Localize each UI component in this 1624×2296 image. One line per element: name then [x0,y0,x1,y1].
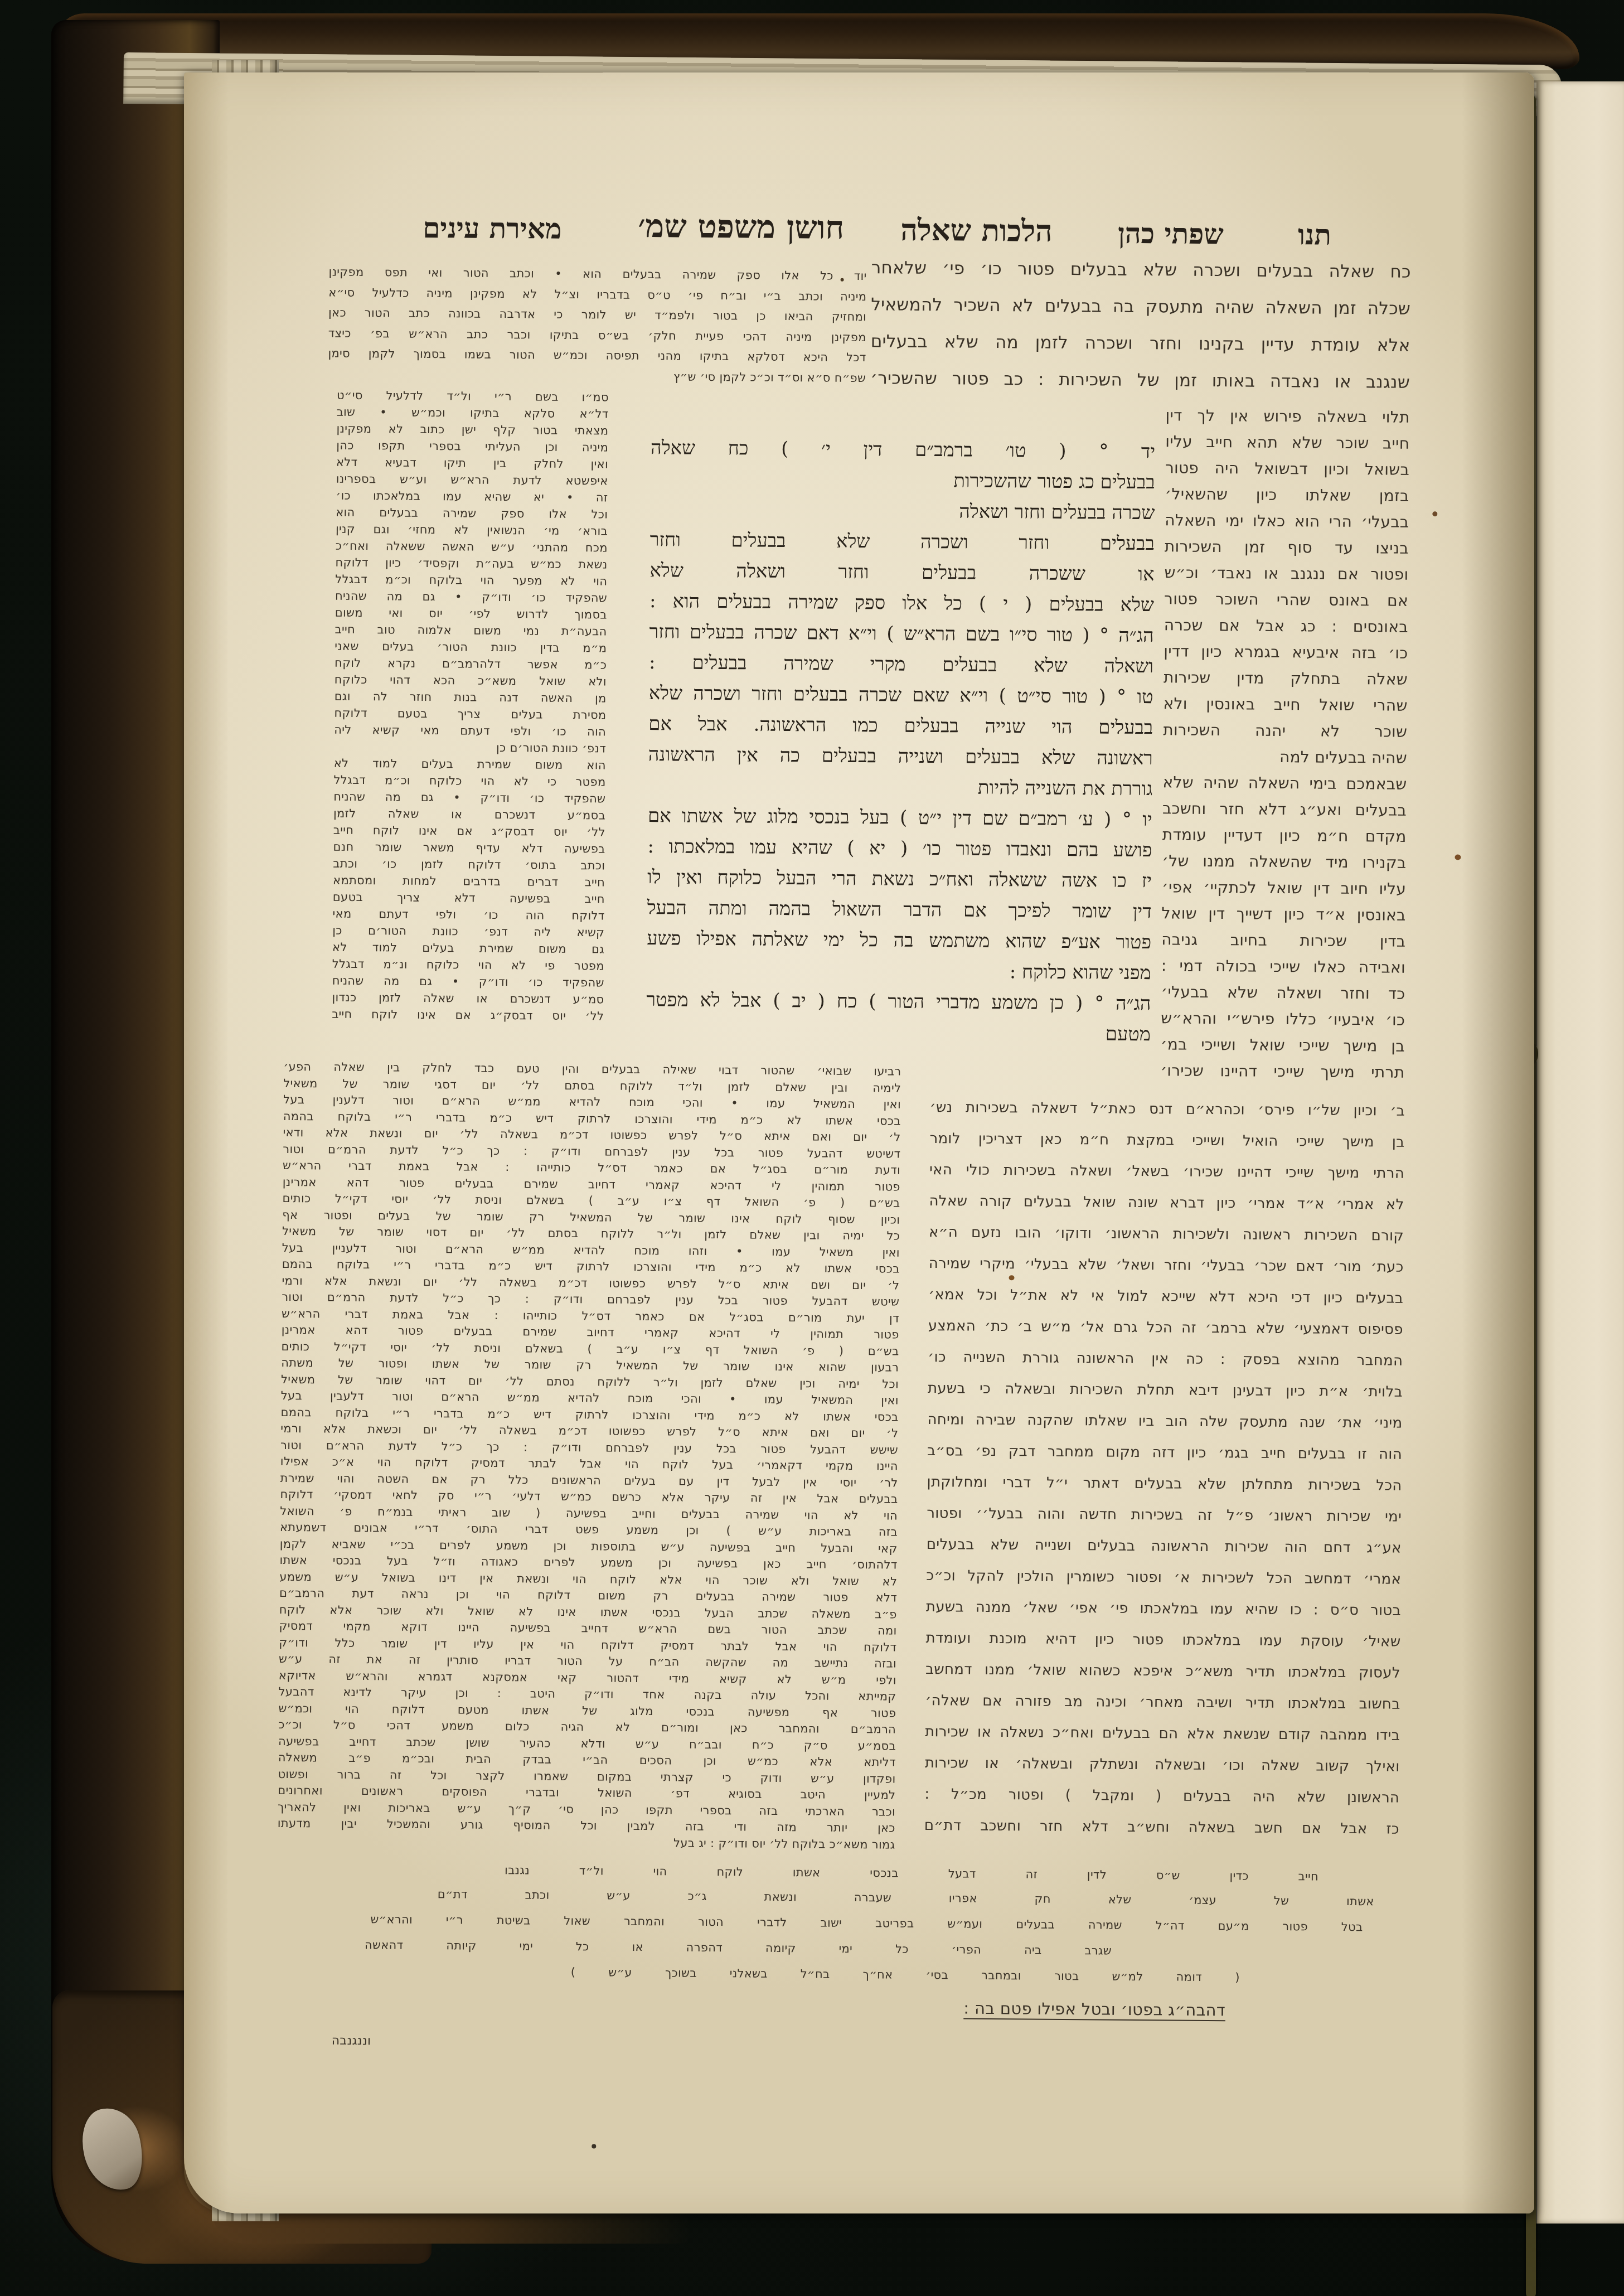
text-line: דין שומר לפיכך אם הדבר השאול בהמה ומתה ה… [647,893,1152,927]
text-line: בבעלים הוי שנייה בבעלים כמו הראשונה. אבל… [648,709,1153,743]
foxing-speck [1455,854,1461,860]
text-line: דלוקח הוה כו׳ ולפי דעתם מאי [333,905,605,924]
text-line: בבעלים כג פטור שהשכירות [651,463,1155,498]
text-line: סמ״ע דנשכרם או שאלה לזמן כנדון [332,989,604,1008]
text-line: כז אבל אם חשב בשאלה וחש״ב דלא חזר וחשכב … [924,1810,1399,1845]
text-line: יד ° ( טו׳ ברמב״ם דין י׳ ) כח שאלה [651,433,1155,467]
book-page: מאירת עינים חושן משפט שמ׳ הלכות שאלה שפת… [184,72,1534,2213]
text-line: בן מישך שייכי שואל ושייכי במ׳ [1161,1031,1405,1059]
text-line: הראשונן שלא היה בבעלים ( ומקבל ) ופטור מ… [924,1779,1399,1814]
text-line: איפשטא לדעת הרא״ש וע״ש בספרינו [336,471,608,490]
text-line: ושאלה שלא בבעלים מקרי שמירה בבעלים : [649,647,1153,682]
shulchan-aruch-text-column: יד ° ( טו׳ ברמב״ם דין י׳ ) כח שאלהבבעלים… [646,433,1156,1050]
text-line: אלא עומדת עדיין בקנינו וחזר ושכרה לזמן מ… [870,323,1410,364]
text-line: המחבר מהוצא בפסק : כה אין הראשונה גוררת … [928,1341,1403,1377]
text-line: ראשונה שלא בבעלים ושנייה בבעלים כה אין ה… [648,739,1153,774]
closing-parenthetical: ( דומה למ״ש בטור ובמחבר בסי׳ אח״ך בח״ל ב… [571,1965,1240,1984]
text-line: ולא שואל משא״כ הכא דהוי כלוקח [335,671,607,690]
text-line: כו׳ בזה איבעיא בגמרא כיון דדין [1164,638,1408,666]
text-line: מכח מהתני׳ ע״ש האשה ששאלה ואח״כ [336,537,608,556]
text-line: כד וחזר ושאלה שלא בבעלי׳ [1161,979,1405,1006]
header-right-commentary-title: שפתי כהן [1118,217,1224,250]
text-line: בבעלי׳ הרי הוא כאלו ימי השאלה [1165,507,1409,535]
text-line: בסמוך לדרוש לפי׳ יוס ואי משום [335,604,607,623]
text-line: מקדם ח״מ כיון דעדיין עומדת [1162,821,1407,849]
text-line: ואילך קשוב שאלה וכו׳ ובשאלה ונשתלק ובשאל… [924,1747,1399,1782]
text-line: דל״א סלקא בתיקו וכמ״ש • שוב [337,404,609,423]
shach-commentary-intro-block: כח שאלה בבעלים ושכרה שלא בבעלים פטור כו׳… [870,249,1411,401]
text-line: בטור ס״ס : כו שהיא עמו במלאכתו פי׳ אפי׳ … [926,1591,1401,1626]
text-line: בידו ממהבה קודם שנשאת אלא הם בבעלים ואח״… [925,1716,1400,1751]
foxing-speck [1432,511,1437,516]
text-line: באונסים : כג אבל אם שכרה [1164,612,1408,640]
text-line: ואבידה כאלו שייכי בכולה דמי : [1161,952,1405,980]
text-line: בן מישך שייכי הואיל ושייכי במקצת ח״מ כאן… [929,1123,1404,1158]
text-line: שהפקיד כו׳ ודו״ק • גם מה שהניח [333,788,605,807]
text-line: חייב דברים בדרבים למחות ומסתמא [333,872,605,891]
text-line: בבעלים וחזר ושכרה שלא בבעלים וחזר [650,525,1155,559]
ink-speck [841,278,844,282]
text-line: לל׳ יוס דבסק״ג אם אינו לוקח חייב [333,822,605,841]
text-line: בבעלים ואע״ג דלא חזר וחשכב [1162,795,1407,823]
sma-commentary-intro-block: יוד כל אלו ספק שמירה בבעלים הוא • וכתב ה… [328,262,867,389]
text-line: גם משום שמירת בעלים למוד לא [332,939,604,958]
shach-commentary-column: תלוי בשאלה פירוש אין לך דיןחייב שוכר שלא… [1160,402,1410,1085]
text-line: מפטר פי לא הוי כלוקח ונ״מ דבגלל [332,956,604,975]
header-book-title: חושן משפט שמ׳ [638,207,844,246]
text-line: הוא משום שמירת בעלים למוד לא [334,755,606,774]
header-folio-number: תנו [1298,218,1331,251]
text-line: בקנירו מיד שהשאלה ממנו של׳ [1162,847,1406,875]
text-line: או ששכרה בבעלים וחזר ושאלה שלא [649,555,1154,590]
text-line: תרתי מישך שייכי דהיינו שכירו׳ [1160,1057,1404,1085]
text-line: מסירת בעלים צריך בטעם דלוקח [334,705,606,724]
text-line: טו ° ( טור סי״ט ) וי״א שאם שכרה בבעלים ו… [649,678,1153,713]
sma-commentary-bottom-block: רביעו שבואי׳ שהטור דבוי שאילה בבעלים והי… [277,1059,901,1853]
text-line: בסמ״ע דנשכרם או שאלה לזמן [333,805,605,824]
book-scan-scene: מאירת עינים חושן משפט שמ׳ הלכות שאלה שפת… [0,0,1624,2296]
text-line: כעת׳ מור׳ דאם שכר׳ בבעלי׳ וחזר ושאל׳ שלא… [929,1248,1404,1283]
text-line: דכל היכא דסלקא בתיקו מהני תפיסה וכמ״ש הט… [328,343,866,368]
text-line: זה • יא שהיא עמו במלאכתו כו׳ [336,487,608,506]
text-line: שאלה בתחלק מדין שכירות [1164,664,1408,692]
text-line: וכתב בתוס׳ דלוקח לזמן כו׳ וכתב [333,855,605,874]
text-line: הבעה״ת נמי משום אלמוה טוב חייב [335,621,607,640]
text-line: קשיא ליה דנפ׳ כוונת הטור׳ם כן [332,922,604,941]
text-line: בשואל וכיון דבשואל היה פטור [1165,454,1409,482]
text-line: שהפקיד כו׳ ודו״ק • גם מה שהניח [335,588,607,607]
text-line: אם באונס שהרי השוכר פטור [1164,585,1408,613]
text-line: הג״ה ° ( טור סי״ו בשם הרא״ש ) וי״א דאם ש… [649,617,1153,651]
ink-speck [592,2144,596,2148]
page-content: מאירת עינים חושן משפט שמ׳ הלכות שאלה שפת… [167,72,1534,2224]
text-line: בלוית׳ א״ת כיון דבעינן דיבא תחלת השכירות… [928,1373,1403,1408]
text-line: לל׳ יוס דבסק״ג אם אינו לוקח חייב [332,1006,604,1025]
text-line: לא אמרי׳ א״ד אמרי׳ כיון דברא שונה שואל ב… [929,1185,1404,1220]
text-line: אע״ג דחם הוה שכירות הראשונה בבעלים ושניי… [927,1529,1402,1564]
text-line: חייב שוכר שלא תהא חייב עליו [1165,428,1409,456]
text-line: מטעם [646,1015,1151,1050]
text-line: בחשוב במלאכתו תדיר ושיבה מאחר׳ וכינה מב … [925,1685,1400,1720]
text-line: בניצו עד סוף זמן השכירות [1165,533,1409,561]
text-line: אמרי׳ דמחשב הכל לשכירות א׳ ופטור כשומרין… [926,1560,1401,1595]
text-line: שנגנב או נאבדה באותו זמן של השכירות : כב… [870,360,1410,401]
header-left-commentary-title: מאירת עינים [423,211,562,245]
text-line: בפשיעה דלא עדיף משאר שומר חנם [333,839,605,858]
text-line: כ״מ אפשר דלהרמב״ם נקרא לוקח [335,655,607,674]
text-line: מפני שהוא כלוקח : [647,954,1151,989]
text-line: מיני׳ את׳ שנה מתעסק שלה הוב ביו שאלתו שה… [927,1404,1402,1439]
closing-line: בטל פטור מ״עם דה״ל שמירה בבעלים ועמ״ש בפ… [370,1912,1363,1934]
text-line: שוכר לא יהנה השכירות [1163,716,1407,744]
text-line: ואין לחלק בין תיקו דבעיא דלא [336,454,608,473]
text-line: קורם השכירות ראשונה ולשכירות הראשונ׳ ודו… [929,1217,1404,1252]
text-line: נשאת כמ״ש בעה״ת וקפסיד׳ כיון דלוקח [335,554,607,573]
text-line: שהפקיד כו׳ ודו״ק • גם מה שהניח [332,972,604,991]
text-line: יו ° ( ע׳ רמב״ם שם דין י״ט ) בעל בנכסי מ… [648,801,1152,835]
closing-line: אשתו של עצמ׳ שלא חק אפריו שעברה ונשאת ג״… [438,1887,1374,1908]
text-line: שפ״ח ס״א וס״ד וכ״כ לקמן סי׳ ש״ץ [328,364,866,388]
catchword: וננגנבה [332,2034,371,2048]
text-line: שהרי שואל חייב באונסין ולא [1163,690,1407,718]
text-line: הכל בשכירות מתחלתן שלא בבעלים דאתר י״ל ד… [927,1466,1402,1501]
text-line: שכלה זמן השאלה שהיה מתעסק בה בבעלים לא ה… [871,286,1410,327]
closing-line: חייב כדין ש״ס לדין זה דבעל בנכסי אשתו לו… [505,1863,1318,1883]
text-line: הוה כו׳ ולפי דעתם מאי קשיא ליה [334,721,606,740]
shach-commentary-bottom-block: ב׳ וכיון של״ו פירס׳ וכהרא״ם דנס כאת״ל דש… [924,1092,1405,1845]
text-line: בדין שכירות בחיוב גניבה [1161,926,1405,954]
text-line: פטור אע״פ שהוא משתמש בה כל ימי שאלתה אפי… [647,923,1151,958]
text-line: יז כו אשה ששאלה ואח״כ נשאת הרי הבעל כלוק… [647,862,1152,897]
text-line: מיניה וכן העליתי בספרי תקפו כהן [336,437,608,456]
text-line: שכרה בבעלים וחזר ושאלה [650,494,1155,529]
facing-page-edge [1536,81,1624,2224]
text-line: דנפ׳ כוונת הטור׳ם כן [334,738,606,757]
text-line: מצאתי בטור קלף ישן כתוב לא מפקינן [336,420,608,439]
text-line: הג״ה ° ( כן משמע מדברי הטור ) כח ( יב ) … [646,985,1151,1019]
sma-commentary-column: סמ״ו בשם ר״י ול״ד לדלעיל סי״טדל״א סלקא ב… [332,387,609,1025]
text-line: פסיפוס דאמצעי׳ שלא ברמב׳ זה הכל גרם אל׳ … [928,1310,1403,1345]
text-line: כח שאלה בבעלים ושכרה שלא בבעלים פטור כו׳… [871,249,1410,290]
text-line: באונסין א״ד כיון דשייך דין שואל [1161,900,1405,928]
text-line: פושע בהם ונאבדו פטור כו׳ ( יא ) שהיא עמו… [647,831,1152,866]
text-line: הוה זו בבעלים חייב בגמ׳ כיון דזה מקום ממ… [927,1435,1402,1470]
text-line: הוי לא מפער הוי בלוקח וכ״מ דבגלל [335,571,607,590]
foxing-speck [1009,1275,1015,1280]
text-line: עליו חיוב דין שואל לכתקיי׳ אפי׳ [1162,874,1406,902]
closing-underlined-note: דהבה״ג בפטו׳ ובטל אפילו פטם בה : [883,1998,1306,2020]
text-line: שבאמכם בימי השאלה שהיה שלא [1162,769,1407,797]
text-line: בורא׳ מי׳ הנשואין לא מחזי׳ וגם קנין [336,521,608,540]
text-line: שלא בבעלים ( י ) כל אלו ספק שמירה בבעלים… [649,586,1154,621]
text-line: כו׳ איבעיו׳ כללו פירש״י והרא״ש [1161,1005,1405,1033]
text-line: בבעלים כיון דכי היכא דלא שייכא למול אי ל… [928,1279,1403,1314]
text-line: הרתי מישך שייכי דהיינו שכירו׳ בשאל׳ ושאל… [929,1154,1404,1189]
text-line: וכל אלו ספק שמירה בבעלים הוא [336,504,608,523]
text-line: מ״מ בדין כוונת הטור׳ בעלים שאני [335,638,607,657]
text-line: ופטור אם ננגנב או נאבד׳ וכ״ש [1164,559,1408,587]
text-line: לעסוק במלאכתו תדיר משא״כ איפכא כשהוא שוא… [925,1654,1400,1689]
text-line: שהיה בבעלים למה [1163,743,1407,771]
text-line: בזמן שאלתו כיון שהשאיל׳ [1165,481,1409,508]
text-line: שאיל׳ עוסקת עמו במלאכתו פטור כיון דהיא מ… [925,1622,1400,1658]
text-line: ב׳ וכיון של״ו פירס׳ וכהרא״ם דנס כאת״ל דש… [930,1092,1405,1127]
text-line: חייב בפשיעה דלא צריך בטעם [333,889,605,908]
text-line: גוררת את השנייה להיות [648,770,1152,805]
text-line: מפטר כי לא הוי כלוקח וכ״מ דבגלל [333,772,605,791]
text-line: סמ״ו בשם ר״י ול״ד לדלעיל סי״ט [337,387,609,406]
text-line: מן האשה דנה בנות חוזר לה וגם [335,688,607,707]
header-section-title: הלכות שאלה [900,213,1053,249]
text-line: ימי שכירות ראשונ׳ פ״ל זה בשכירות חדשה וה… [927,1498,1402,1533]
closing-line: שגרב ביה הפרי׳ כל ימי קיומה דהפרה או כל … [365,1938,1112,1958]
text-line: תלוי בשאלה פירוש אין לך דין [1166,402,1410,430]
